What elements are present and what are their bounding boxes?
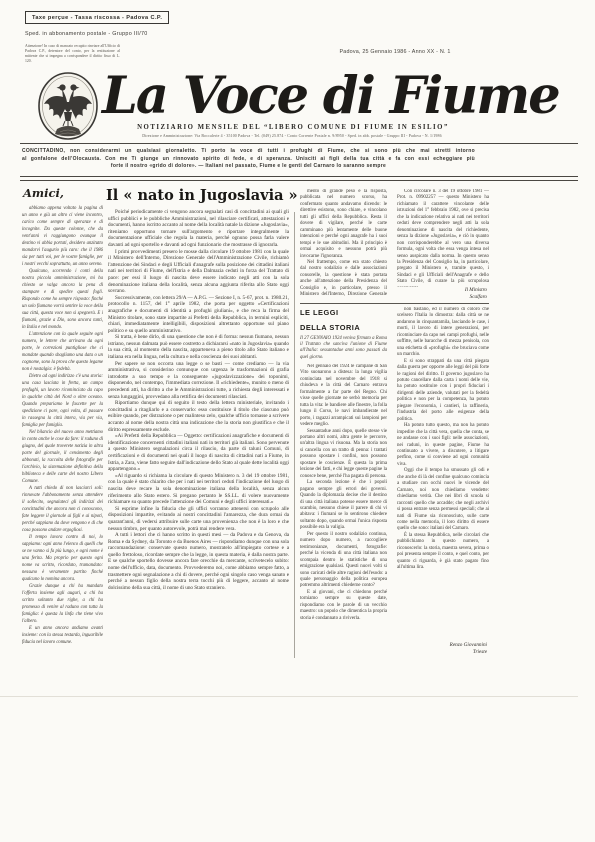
postal-tax-box: Taxe perçue - Tassa riscossa - Padova C.… — [25, 11, 169, 24]
newspaper-page: { "header": { "postal_box": "Taxe perçue… — [0, 0, 595, 842]
paragraph: L'attenzione con la quale seguite ogni n… — [22, 331, 103, 373]
paragraph: La seconda lezione è che i popoli pagano… — [300, 480, 387, 532]
main-article-continuation-col4: Con circolare n. 3 del 19 ottobre 1981 —… — [397, 189, 489, 287]
newspaper-title: La Voce di Fiume — [102, 70, 484, 122]
paragraph: A tutti chiedo di non lasciarci soli: ri… — [22, 485, 103, 534]
signature-name: Scalfaro — [397, 294, 487, 301]
paragraph: E un anno ancora andiamo avanti insieme:… — [22, 625, 103, 646]
paragraph: Ha potuto tutto questo, ma non ha potuto… — [397, 423, 489, 468]
paragraph: Si tratta, è bene dirlo, di una question… — [108, 334, 289, 360]
motto-line-2: al gonfalone dell'Olocausta. Con me Ti g… — [22, 156, 475, 164]
paragraph: mento di grande peso e la risposta, pubb… — [300, 189, 387, 260]
paragraph: Nel bilancio del nuovo anno mettiamo in … — [22, 429, 103, 485]
letter-column-body: abbiamo appena voltato la pagina di un a… — [22, 205, 103, 657]
paragraph: Con circolare n. 3 del 19 ottobre 1981 —… — [397, 189, 489, 287]
newspaper-subtitle: NOTIZIARIO MENSILE DEL “LIBERO COMUNE DI… — [102, 124, 484, 131]
paragraph: I primi provvedimenti presero le mosse d… — [108, 249, 289, 295]
double-rule-top — [20, 176, 578, 177]
paragraph: abbiamo appena voltato la pagina di un a… — [22, 205, 103, 268]
paragraph: A tutti i lettori che ci hanno scritto i… — [108, 532, 289, 591]
paragraph: Nel frattempo, come era stato chiesto da… — [300, 260, 387, 297]
paragraph: Oggi che il tempo ha smussato gli odi e … — [397, 468, 489, 533]
paragraph: È la stessa Repubblica, nelle circolari … — [397, 533, 489, 572]
paragraph: Per questo il nostro sodalizio continua,… — [300, 532, 387, 590]
paragraph: «Al riguardo si richiama la circolare di… — [108, 473, 289, 506]
author-city: Trieste — [397, 649, 487, 656]
paragraph: Grazie dunque a chi ha mandato l'offerta… — [22, 583, 103, 625]
main-article-title: Il « nato in Jugoslavia » — [106, 187, 290, 204]
second-article-col3: Nel gennaio del 1924 le campane di San V… — [300, 364, 387, 660]
issue-date-line: Padova, 25 Gennaio 1986 - Anno XX - N. 1 — [295, 49, 495, 55]
paragraph: E si sono strappati da una città piegata… — [397, 359, 489, 424]
motto-line-3: forte il nostro «grido di dolore». — Ita… — [22, 163, 475, 171]
second-article-intro: Il 27 GENNAIO 1924 veniva firmato a Roma… — [300, 336, 387, 361]
paragraph: Nel gennaio del 1924 le campane di San V… — [300, 364, 387, 429]
paragraph: Qualcuno, scorrendo i conti della nostra… — [22, 268, 103, 331]
paragraph: Riportiamo dunque qui di seguito il test… — [108, 400, 289, 433]
paragraph: Si esprime infine la fiducia che gli uff… — [108, 506, 289, 532]
motto-line-1: CONCITTADINO, non considerarmi un qualsi… — [22, 148, 475, 156]
main-article-body: Poiché periodicamente ci vengono ancora … — [108, 209, 289, 659]
minister-signature: Il Ministro Scalfaro — [397, 287, 487, 300]
masthead-address-line: Direzione e Amministrazione: Via Boccale… — [82, 134, 502, 138]
article-divider-rule — [300, 303, 489, 304]
signature-role: Il Ministro — [397, 287, 487, 294]
paragraph: Successivamente, con lettera 29/A — A.P.… — [108, 295, 289, 335]
paragraph: non bastano, ed il numero di coloro che … — [397, 307, 489, 359]
second-article-col4: non bastano, ed il numero di coloro che … — [397, 307, 489, 635]
paragraph: Sessantadue anni dopo, quelle stesse vie… — [300, 429, 387, 481]
author-name: Renzo Giovannini — [397, 642, 487, 649]
paragraph: E ai giovani, che ci chiedono perché tor… — [300, 590, 387, 622]
rule-above-motto — [20, 143, 578, 144]
column-divider-rule — [294, 212, 295, 658]
fiume-double-eagle-crest-icon — [36, 71, 100, 141]
paragraph: Dietro ad ogni indirizzo c'è una storia:… — [22, 373, 103, 429]
paragraph: Poiché periodicamente ci vengono ancora … — [108, 209, 289, 249]
motto-banner: CONCITTADINO, non considerarmi un qualsi… — [22, 148, 475, 171]
double-rule-bottom — [20, 180, 578, 181]
paragraph: «Ai Prefetti della Repubblica — Oggetto:… — [108, 433, 289, 473]
letter-heading: Amici, — [23, 186, 64, 200]
postal-return-note: Attenzione! In caso di mancato recapito … — [25, 44, 120, 64]
second-article-signature: Renzo Giovannini Trieste — [397, 642, 487, 655]
scan-edge-shadow — [0, 696, 578, 697]
paragraph: Il tempo lavora contro di noi, lo sappia… — [22, 534, 103, 583]
main-article-continuation-col3: mento di grande peso e la risposta, pubb… — [300, 189, 387, 297]
paragraph: Per sapere se non occorra una legge o se… — [108, 361, 289, 401]
postal-shipping-line: Sped. in abbonamento postale - Gruppo II… — [25, 31, 148, 37]
